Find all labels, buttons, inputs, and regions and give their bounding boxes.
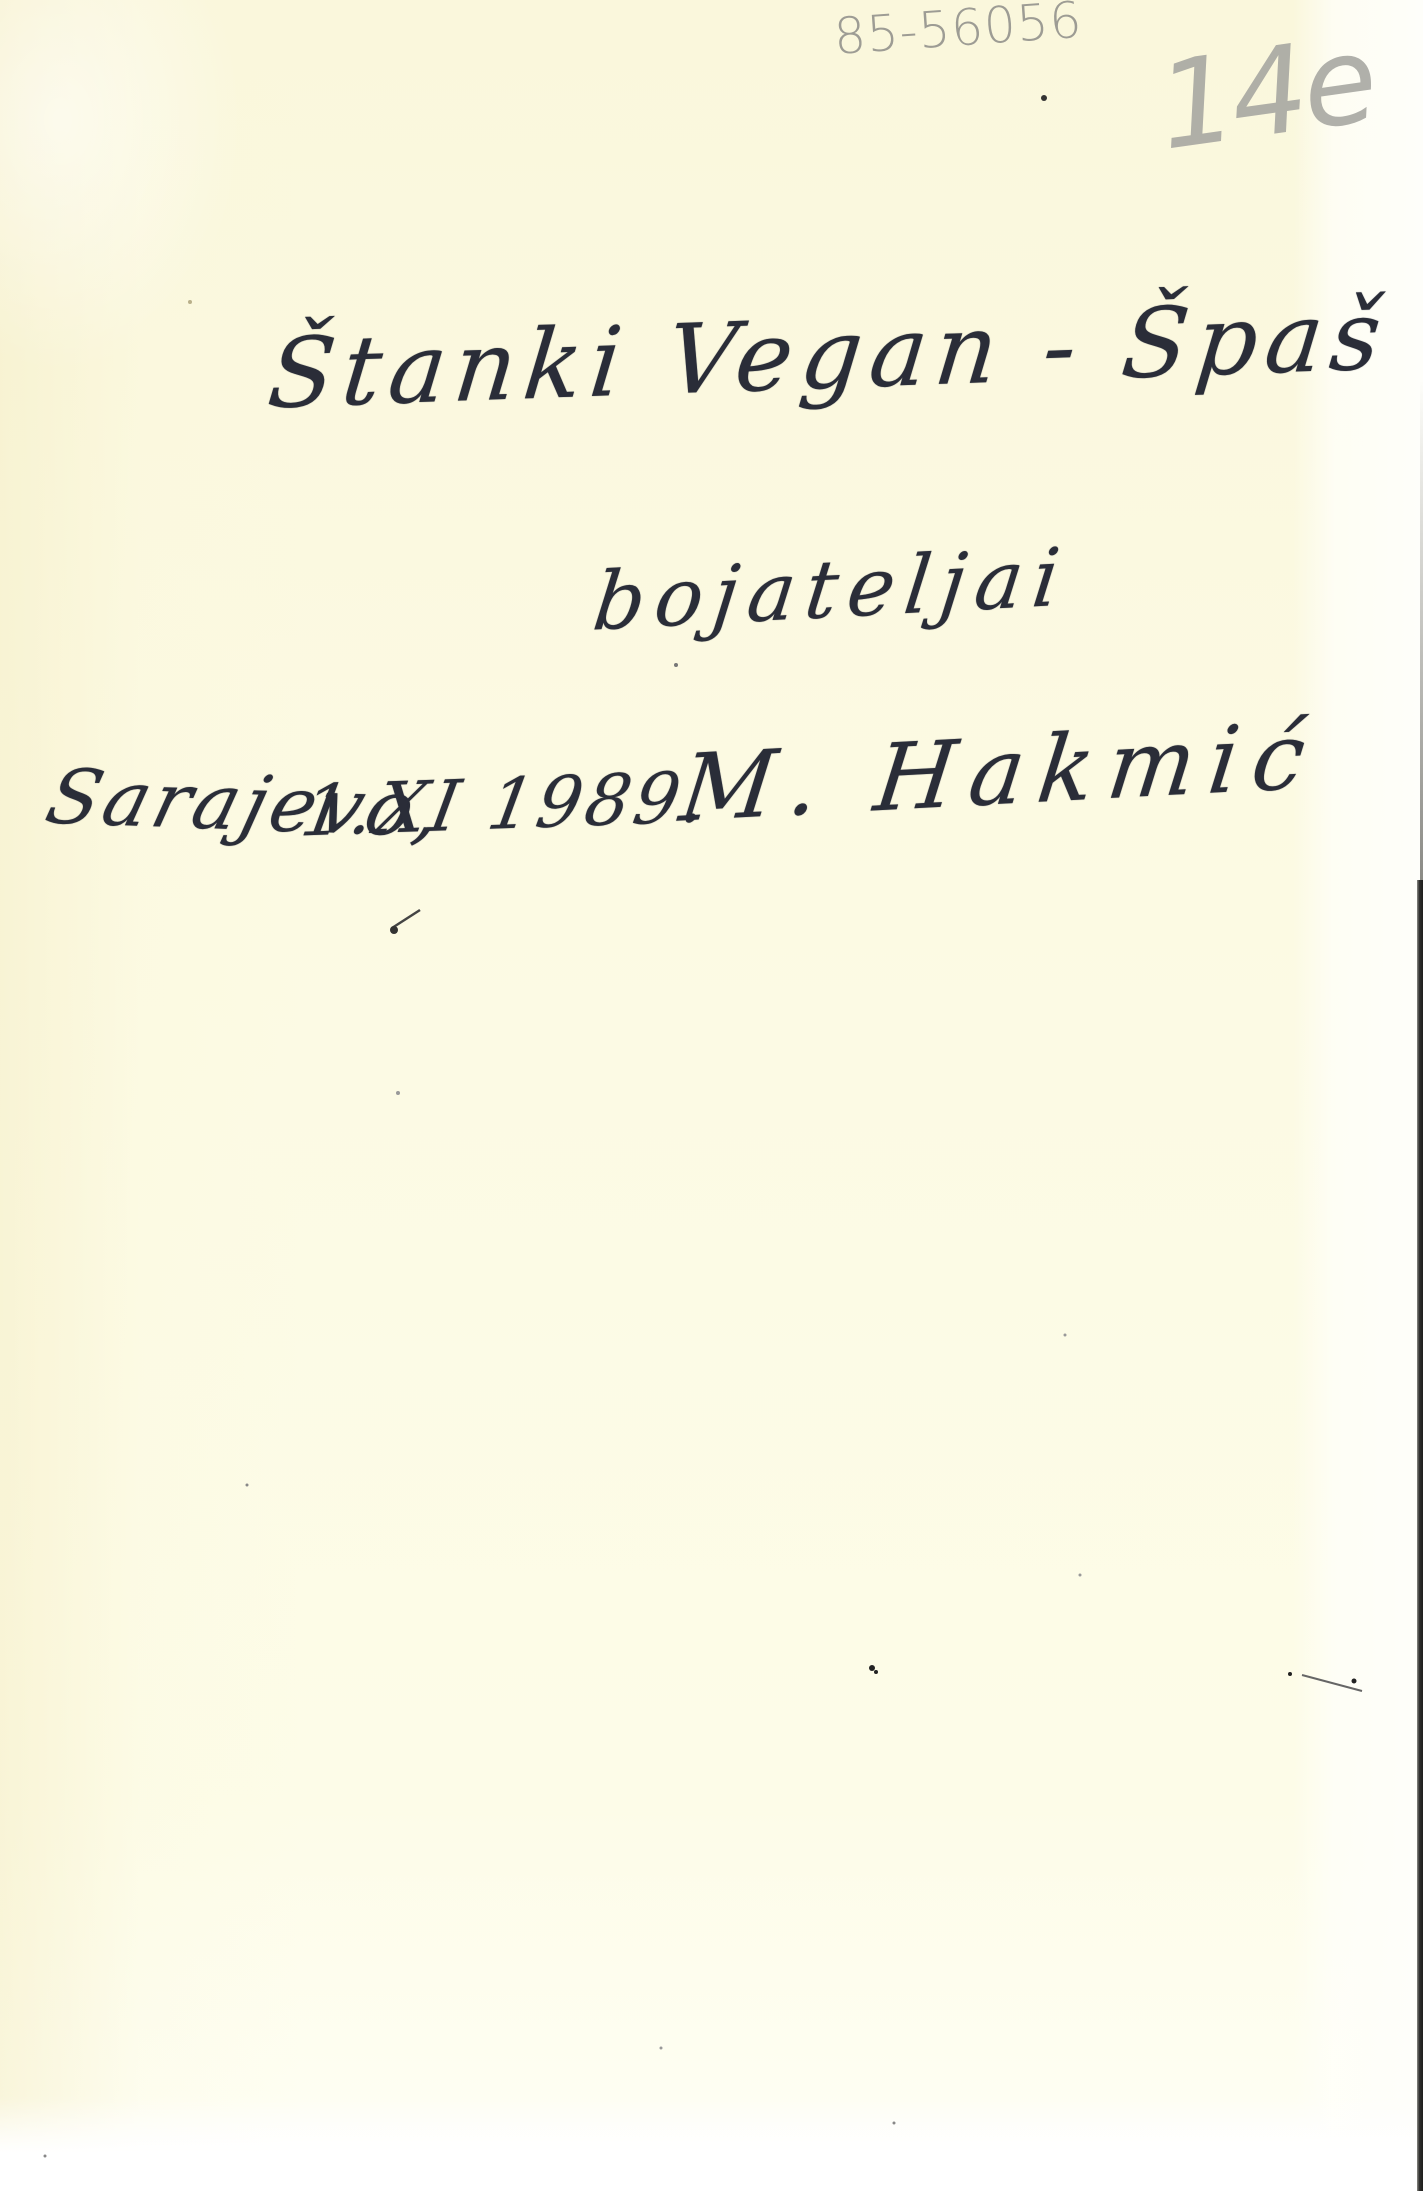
book-binding-edge — [1417, 880, 1423, 2191]
pencil-price-mark: 14e — [1150, 10, 1382, 178]
inscription-date: 1.XI 1989. — [295, 756, 716, 853]
page-bottom-margin — [0, 2096, 1423, 2191]
